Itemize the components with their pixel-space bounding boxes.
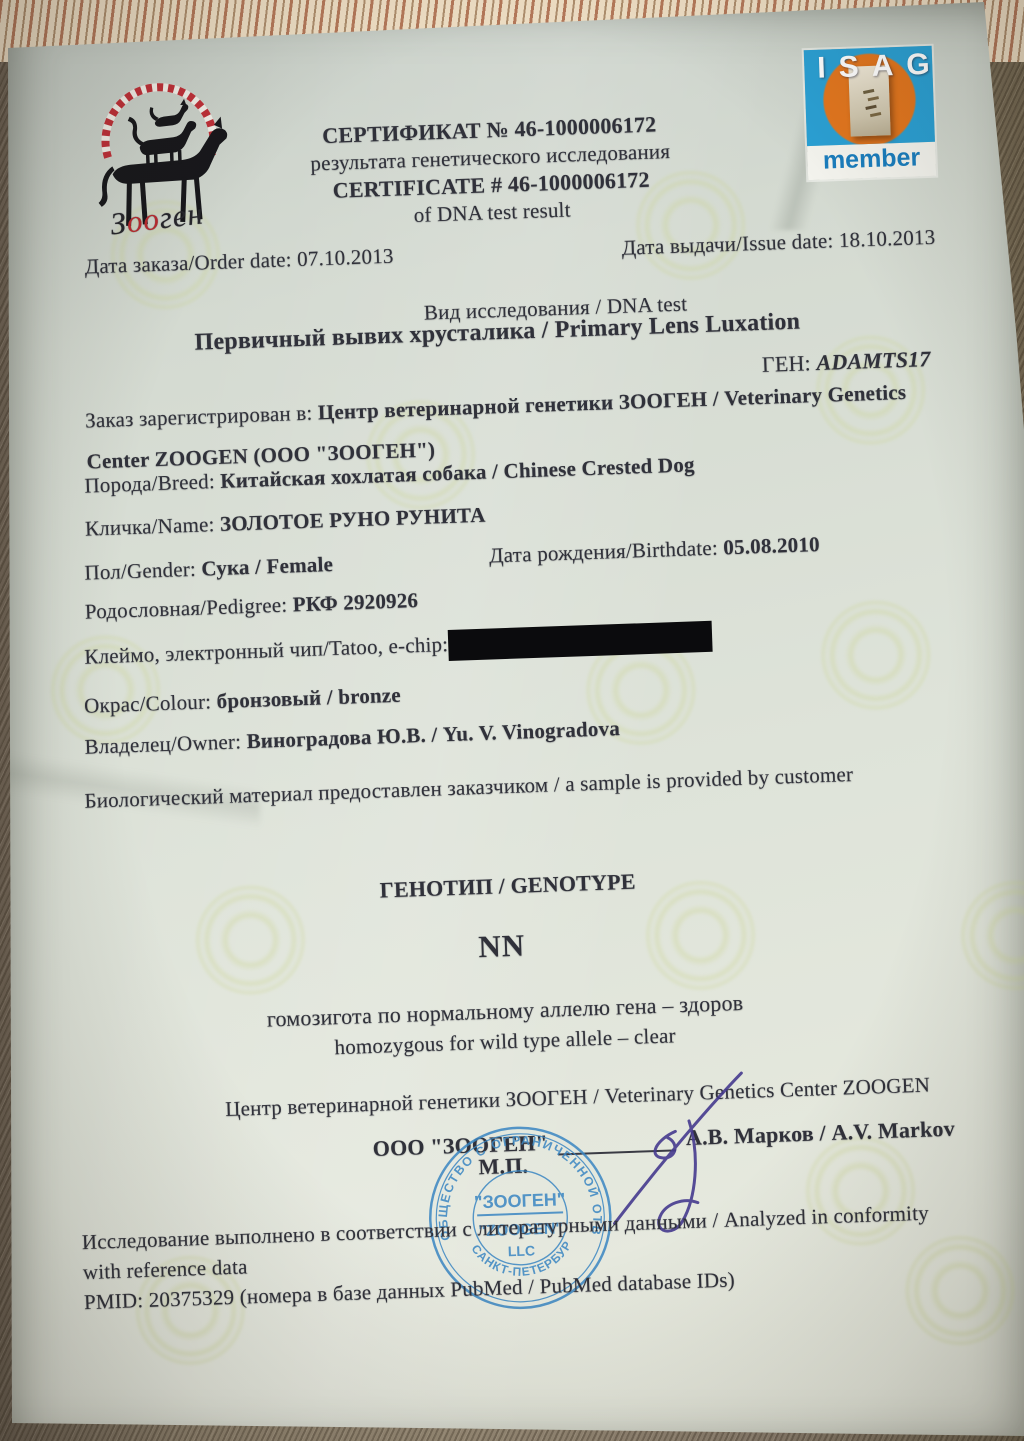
- stamp-center-ru: "ЗООГЕН": [474, 1189, 566, 1212]
- pedigree-label: Родословная/Pedigree:: [84, 593, 287, 624]
- owner-line: Владелец/Owner: Виноградова Ю.В. / Yu. V…: [84, 716, 620, 760]
- watermark-rosette: [903, 1234, 1017, 1348]
- owner-label: Владелец/Owner:: [84, 729, 241, 758]
- certificate-paper: Зооген ISAG member СЕРТИФИКАТ № 46-10000…: [0, 0, 1024, 1441]
- breed-label: Порода/Breed:: [84, 469, 215, 498]
- stamp-center-llc: LLC: [508, 1242, 536, 1259]
- gender-line: Пол/Gender: Сука / Female: [84, 552, 333, 586]
- colour-value: бронзовый / bronze: [216, 683, 401, 713]
- watermark-rosette: [804, 1134, 918, 1248]
- certificate-photo: Зооген ISAG member СЕРТИФИКАТ № 46-10000…: [0, 0, 1024, 1441]
- pedigree-value: РКФ 2920926: [292, 588, 418, 616]
- isag-member-label: member: [807, 142, 936, 180]
- genotype-heading: ГЕНОТИП / GENOTYPE: [157, 861, 857, 911]
- name-label: Кличка/Name:: [85, 512, 215, 541]
- gender-label: Пол/Gender:: [84, 557, 196, 585]
- pedigree-line: Родословная/Pedigree: РКФ 2920926: [84, 588, 418, 625]
- chip-line: Клеймо, электронный чип/Tatoo, e-chip:: [84, 632, 449, 670]
- name-line: Кличка/Name: ЗОЛОТОЕ РУНО РУНИТА: [85, 503, 486, 542]
- birthdate-label: Дата рождения/Birthdate:: [489, 536, 719, 568]
- isag-title: ISAG: [804, 48, 933, 86]
- sample-note: Биологический материал предоставлен зака…: [84, 762, 854, 814]
- gender-value: Сука / Female: [201, 552, 333, 581]
- name-value: ЗОЛОТОЕ РУНО РУНИТА: [220, 503, 486, 536]
- registration-label: Заказ зарегистрирован в:: [85, 401, 313, 433]
- issuer-line: Центр ветеринарной генетики ЗООГЕН / Vet…: [225, 1073, 915, 1122]
- gel-band-marks: [863, 89, 874, 94]
- birthdate-value: 05.08.2010: [723, 532, 820, 559]
- isag-badge-graphic: ISAG: [804, 46, 935, 146]
- watermark-rosette: [959, 878, 1024, 992]
- watermark-rosette: [819, 598, 933, 712]
- birthdate-line: Дата рождения/Birthdate: 05.08.2010: [489, 532, 820, 569]
- chip-label: Клеймо, электронный чип/Tatoo, e-chip:: [84, 632, 449, 669]
- gene-label: ГЕН:: [761, 350, 811, 377]
- certificate-content: Зооген ISAG member СЕРТИФИКАТ № 46-10000…: [8, 9, 1024, 1441]
- owner-value: Виноградова Ю.В. / Yu. V. Vinogradova: [246, 716, 620, 753]
- colour-label: Окрас/Colour:: [84, 689, 212, 717]
- isag-member-badge: ISAG member: [804, 46, 936, 180]
